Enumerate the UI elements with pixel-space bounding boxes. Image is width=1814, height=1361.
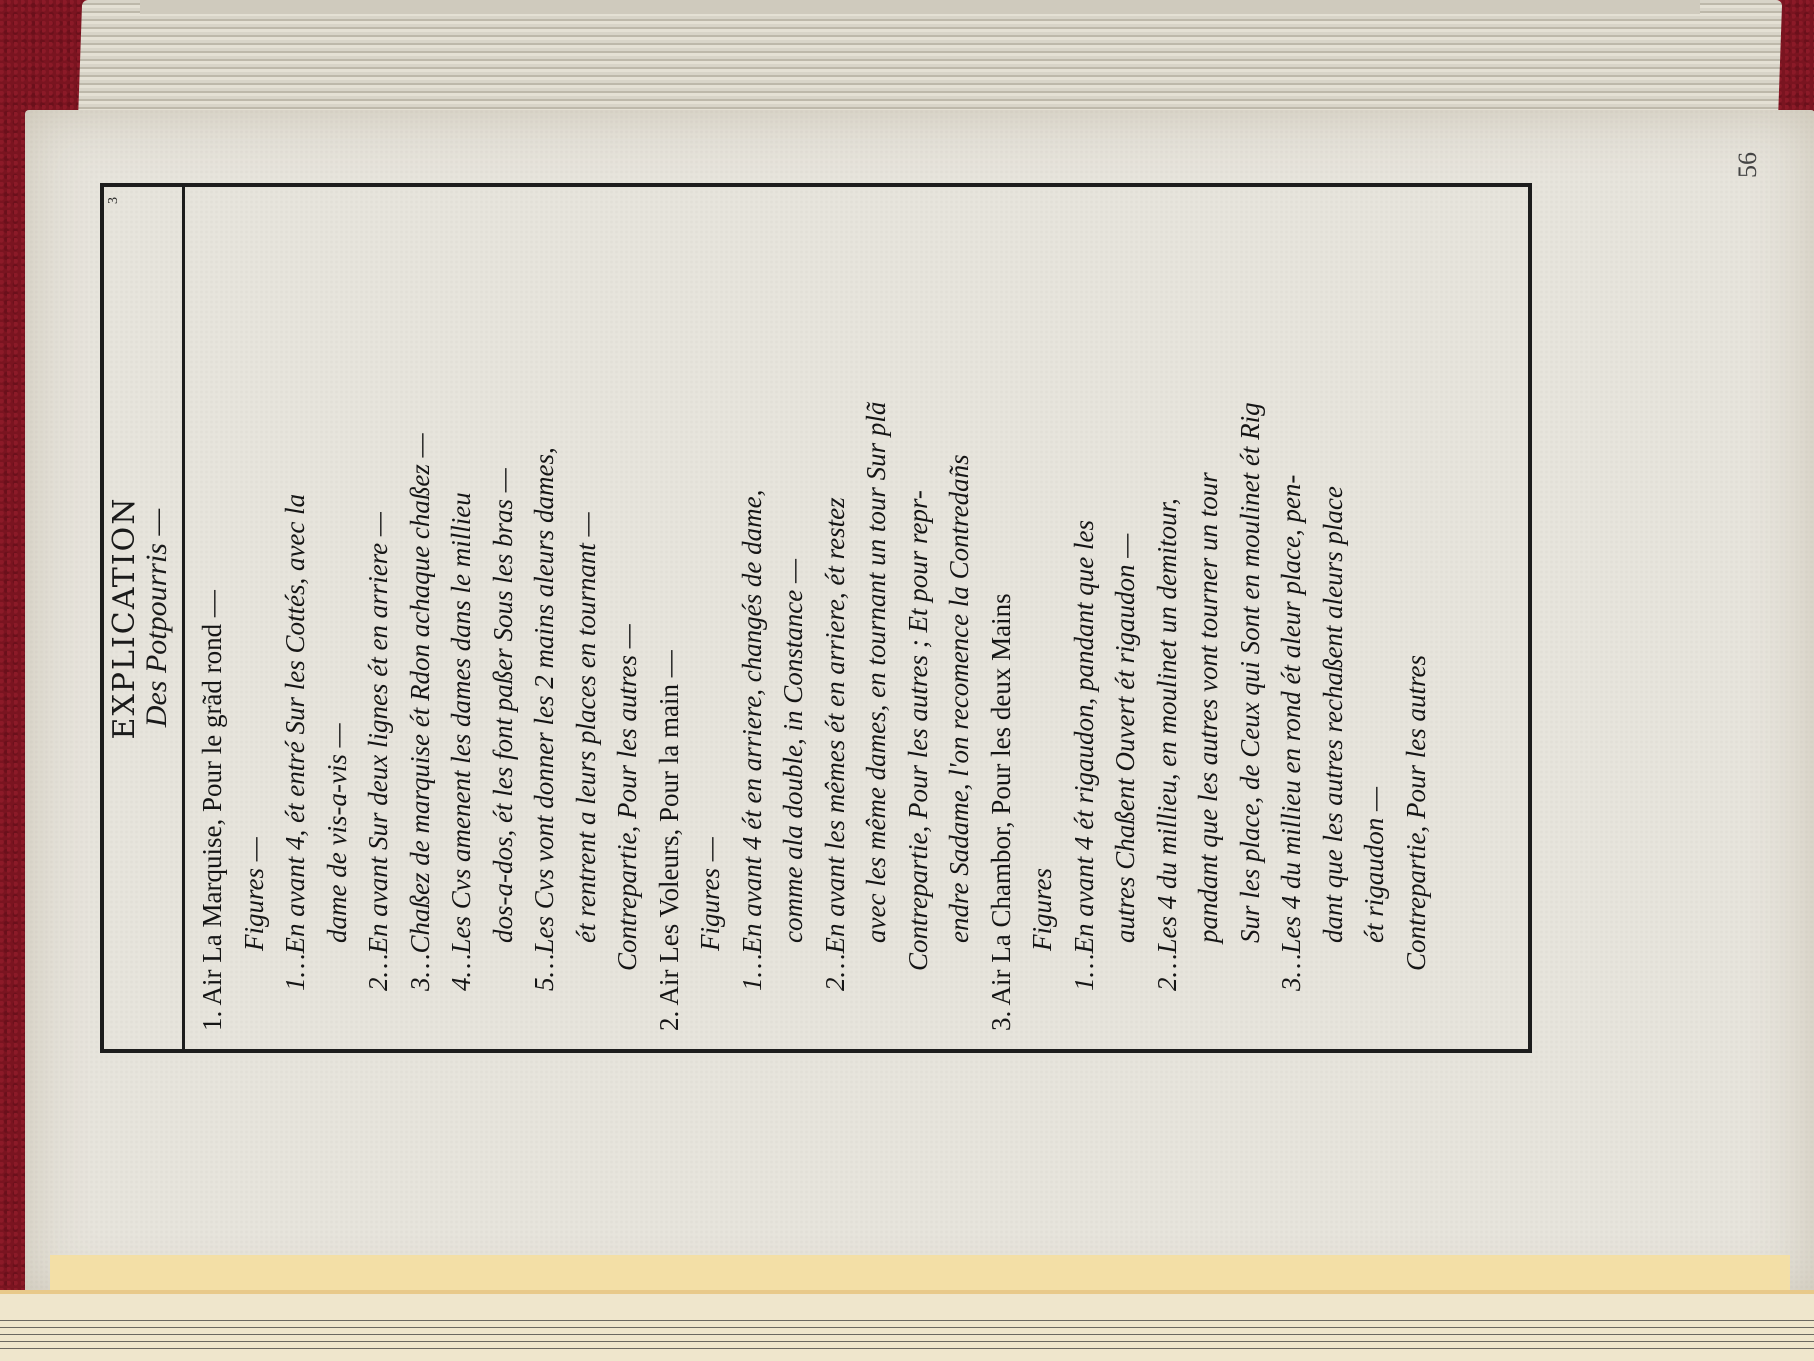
figures-heading: Figures —: [234, 191, 276, 1031]
figure-continuation: ét rentrent a leurs places en tournant —: [566, 191, 608, 1031]
figure-step: 5…Les Cvs vont donner les 2 mains aleurs…: [524, 191, 566, 1031]
figure-step: 4…Les Cvs amenent les dames dans le mill…: [441, 191, 483, 1031]
air-heading: 1. Air La Marquise, Pour le grãd rond —: [192, 191, 234, 1031]
contrepartie-line: Contrepartie, Pour les autres: [1396, 191, 1438, 1031]
figure-step: 1…En avant 4 ét en arriere, changés de d…: [732, 191, 774, 1031]
margin-note: 56: [1733, 152, 1763, 178]
contrepartie-line: Contrepartie, Pour les autres ; Et pour …: [898, 191, 940, 1031]
figure-step: 2…En avant Sur deux lignes ét en arriere…: [358, 191, 400, 1031]
figure-continuation: autres Chaßent Ouvert ét rigaudon —: [1105, 191, 1147, 1031]
book-binding: [140, 0, 1700, 14]
instructions-body: 1. Air La Marquise, Pour le grãd rond — …: [192, 191, 1437, 1031]
figures-heading: Figures —: [690, 191, 732, 1031]
music-staff: [0, 1314, 1814, 1354]
figure-step: 1…En avant 4 ét rigaudon, pandant que le…: [1064, 191, 1106, 1031]
figure-step: 1…En avant 4, ét entré Sur les Cottés, a…: [275, 191, 317, 1031]
figure-continuation: dos-a-dos, ét les font paßer Sous les br…: [483, 191, 525, 1031]
figure-step: 3…Les 4 du millieu en rond ét aleur plac…: [1271, 191, 1313, 1031]
book-page-edges: [78, 0, 1782, 125]
figure-continuation: pandant que les autres vont tourner un t…: [1188, 191, 1230, 1031]
page-header: 3 EXPLICATION Des Potpourris —: [104, 187, 185, 1049]
figure-continuation: comme ala double, in Constance —: [773, 191, 815, 1031]
page-title: EXPLICATION: [108, 187, 142, 1049]
page-edge: [50, 1255, 1790, 1295]
figure-continuation: ét rigaudon —: [1354, 191, 1396, 1031]
facing-music-page: [0, 1290, 1814, 1361]
page-frame: 3 EXPLICATION Des Potpourris — 1. Air La…: [100, 183, 1532, 1053]
figure-continuation: dant que les autres rechaßent aleurs pla…: [1313, 191, 1355, 1031]
page-number: 3: [106, 197, 122, 204]
figure-step: 3…Chaßez de marquise ét Rdon achaque cha…: [400, 191, 442, 1031]
figure-continuation: endre Sadame, l'on recomence la Contreda…: [939, 191, 981, 1031]
contrepartie-line: Contrepartie, Pour les autres —: [607, 191, 649, 1031]
page-subtitle: Des Potpourris —: [142, 187, 172, 1049]
air-heading: 2. Air Les Voleurs, Pour la main —: [649, 191, 691, 1031]
figure-step: 2…En avant les mêmes ét en arriere, ét r…: [815, 191, 857, 1031]
figure-step: 2…Les 4 du millieu, en moulinet un demit…: [1147, 191, 1189, 1031]
air-heading: 3. Air La Chambor, Pour les deux Mains: [981, 191, 1023, 1031]
figures-heading: Figures: [1022, 191, 1064, 1031]
figure-continuation: dame de vis-a-vis —: [317, 191, 359, 1031]
figure-continuation: Sur les place, de Ceux qui Sont en mouli…: [1230, 191, 1272, 1031]
rotated-content: 3 EXPLICATION Des Potpourris — 1. Air La…: [104, 187, 1528, 1049]
figure-continuation: avec les même dames, en tournant un tour…: [856, 191, 898, 1031]
